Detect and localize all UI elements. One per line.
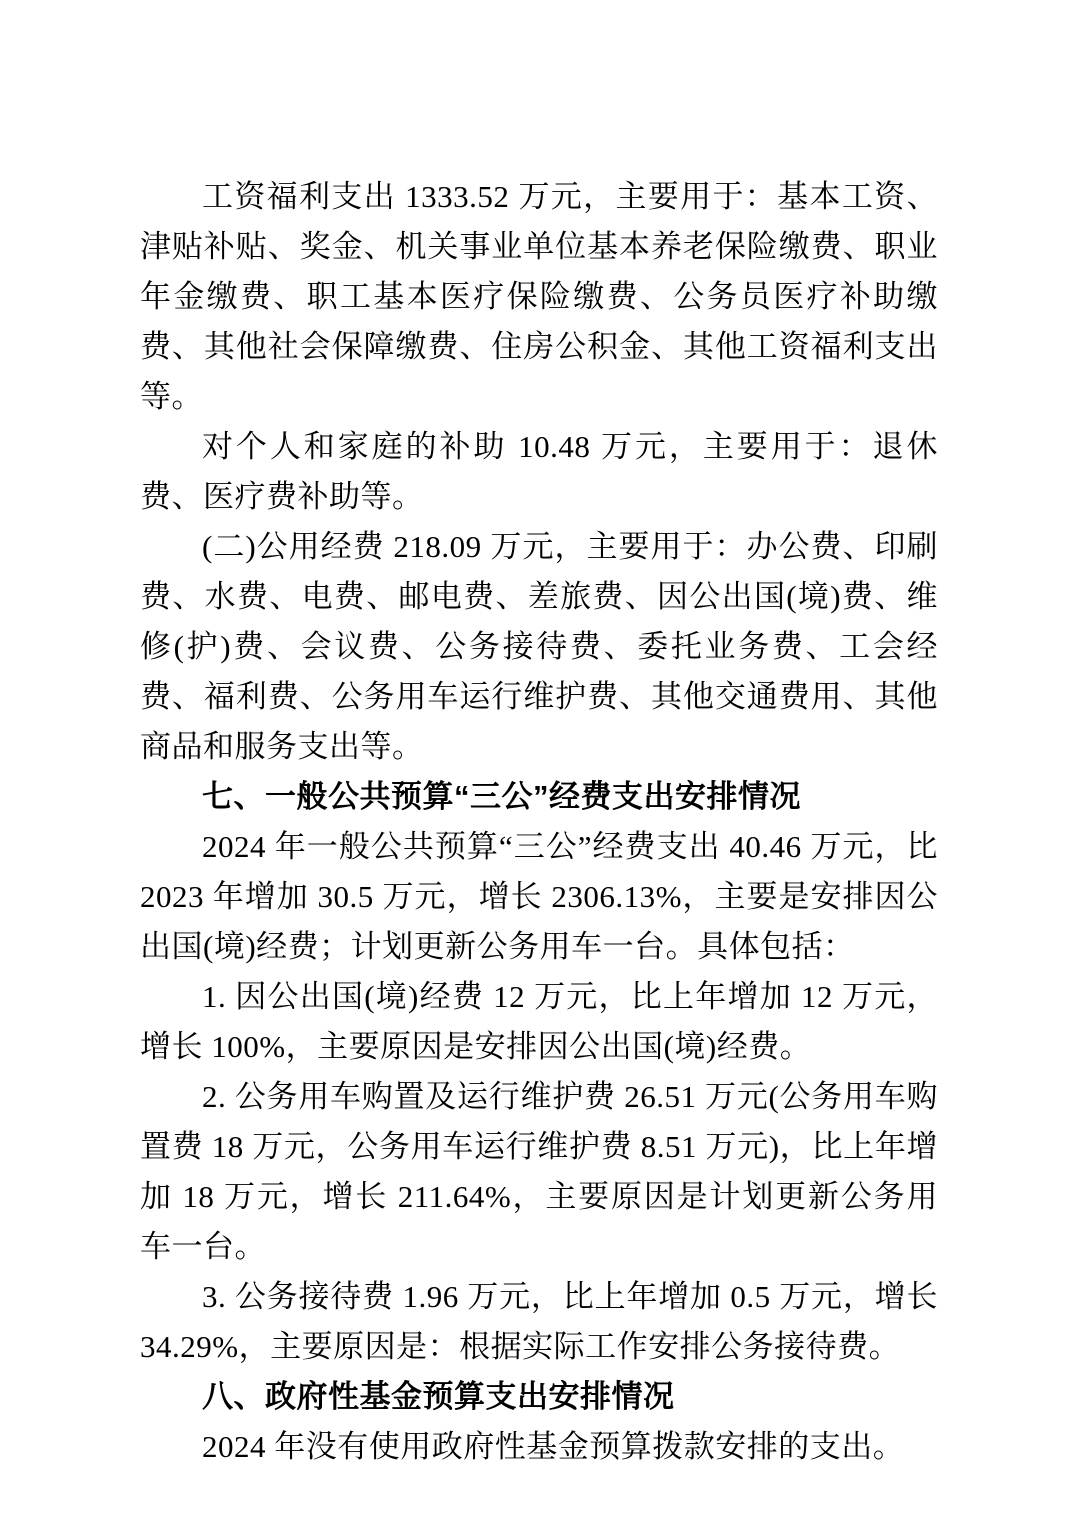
document-page: 工资福利支出 1333.52 万元，主要用于：基本工资、津贴补贴、奖金、机关事业…	[0, 0, 1074, 1520]
heading-section-eight-gov-fund-budget: 八、政府性基金预算支出安排情况	[140, 1372, 938, 1422]
heading-section-seven-three-public-expenses: 七、一般公共预算“三公”经费支出安排情况	[140, 772, 938, 822]
paragraph-salary-welfare-expense: 工资福利支出 1333.52 万元，主要用于：基本工资、津贴补贴、奖金、机关事业…	[140, 172, 938, 422]
paragraph-official-reception-expense: 3. 公务接待费 1.96 万元，比上年增加 0.5 万元，增长 34.29%，…	[140, 1272, 938, 1372]
paragraph-three-public-overview: 2024 年一般公共预算“三公”经费支出 40.46 万元，比 2023 年增加…	[140, 822, 938, 972]
paragraph-overseas-travel-expense: 1. 因公出国(境)经费 12 万元，比上年增加 12 万元，增长 100%，主…	[140, 972, 938, 1072]
paragraph-individual-family-subsidy: 对个人和家庭的补助 10.48 万元，主要用于：退休费、医疗费补助等。	[140, 422, 938, 522]
document-text-block: 工资福利支出 1333.52 万元，主要用于：基本工资、津贴补贴、奖金、机关事业…	[140, 172, 938, 1472]
paragraph-official-vehicle-expense: 2. 公务用车购置及运行维护费 26.51 万元(公务用车购置费 18 万元，公…	[140, 1072, 938, 1272]
paragraph-gov-fund-budget-statement: 2024 年没有使用政府性基金预算拨款安排的支出。	[140, 1422, 938, 1472]
paragraph-public-operating-expense: (二)公用经费 218.09 万元，主要用于：办公费、印刷费、水费、电费、邮电费…	[140, 522, 938, 772]
